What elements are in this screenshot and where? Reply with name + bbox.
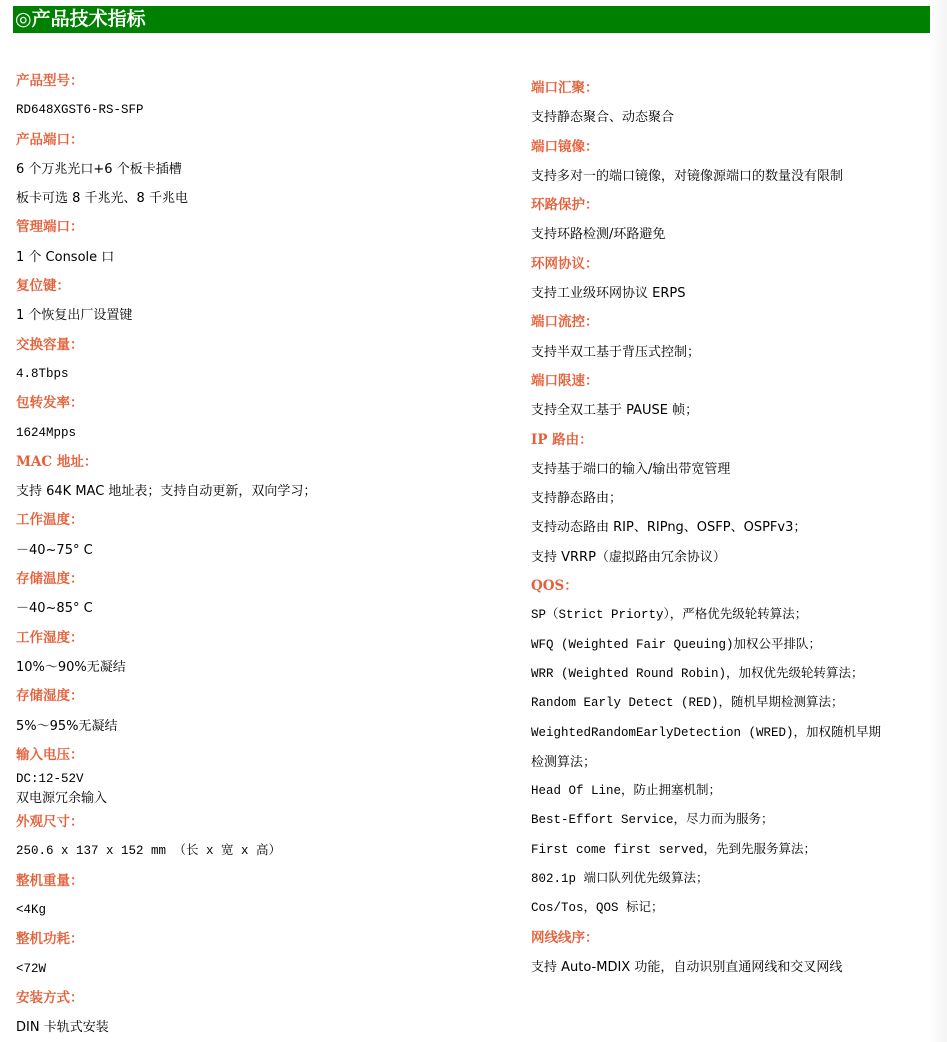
- spec-value-mgmt-port: 1 个 Console 口: [16, 243, 506, 272]
- spec-value-qos-5: WeightedRandomEarlyDetection (WRED)，加权随机…: [531, 719, 931, 748]
- scrollbar-shadow: [929, 0, 947, 1042]
- spec-value-port-mirroring: 支持多对一的端口镜像，对镜像源端口的数量没有限制: [531, 162, 931, 191]
- spec-value-qos-8: Best-Effort Service，尽力而为服务；: [531, 806, 931, 835]
- spec-value-switching-capacity: 4.8Tbps: [16, 360, 506, 389]
- spec-value-ip-routing-1: 支持基于端口的输入/输出带宽管理: [531, 455, 931, 484]
- spec-value-ports-2: 板卡可选 8 千兆光、8 千兆电: [16, 184, 506, 213]
- spec-value-link-aggregation: 支持静态聚合、动态聚合: [531, 103, 931, 132]
- spec-label-forwarding-rate: 包转发率：: [16, 389, 506, 418]
- spec-label-power: 整机功耗：: [16, 925, 506, 954]
- spec-label-ring-protocol: 环网协议：: [531, 250, 931, 279]
- spec-value-ip-routing-4: 支持 VRRP（虚拟路由冗余协议）: [531, 543, 931, 572]
- spec-label-qos: QOS：: [531, 572, 931, 601]
- spec-value-dimensions: 250.6 x 137 x 152 mm （长 x 宽 x 高）: [16, 837, 506, 866]
- spec-value-cable-order: 支持 Auto-MDIX 功能，自动识别直通网线和交叉网线: [531, 953, 931, 982]
- spec-label-input-voltage: 输入电压：: [16, 741, 506, 770]
- spec-label-installation: 安装方式：: [16, 984, 506, 1013]
- specs-right-column: 端口汇聚： 支持静态聚合、动态聚合 端口镜像： 支持多对一的端口镜像，对镜像源端…: [531, 74, 931, 982]
- spec-value-qos-11: Cos/Tos，QOS 标记；: [531, 894, 931, 923]
- spec-value-input-voltage-2: 双电源冗余输入: [16, 789, 506, 808]
- spec-label-mgmt-port: 管理端口：: [16, 213, 506, 242]
- spec-label-model: 产品型号：: [16, 67, 506, 96]
- specs-left-column: 产品型号： RD648XGST6-RS-SFP 产品端口： 6 个万兆光口+6 …: [16, 67, 506, 1042]
- spec-label-switching-capacity: 交换容量：: [16, 331, 506, 360]
- spec-label-operating-humidity: 工作湿度：: [16, 624, 506, 653]
- spec-label-weight: 整机重量：: [16, 867, 506, 896]
- spec-value-model: RD648XGST6-RS-SFP: [16, 96, 506, 125]
- spec-label-cable-order: 网线线序：: [531, 924, 931, 953]
- spec-label-ports: 产品端口：: [16, 126, 506, 155]
- spec-value-ip-routing-2: 支持静态路由；: [531, 484, 931, 513]
- spec-value-flow-control: 支持半双工基于背压式控制；: [531, 338, 931, 367]
- spec-label-operating-temp: 工作温度：: [16, 506, 506, 535]
- spec-value-rate-limit: 支持全双工基于 PAUSE 帧；: [531, 396, 931, 425]
- section-title: ◎产品技术指标: [13, 6, 930, 33]
- spec-value-power: <72W: [16, 955, 506, 984]
- spec-value-ports: 6 个万兆光口+6 个板卡插槽: [16, 155, 506, 184]
- spec-value-installation: DIN 卡轨式安装: [16, 1013, 506, 1042]
- spec-value-qos-6: 检测算法；: [531, 748, 931, 777]
- spec-value-ring-protocol: 支持工业级环网协议 ERPS: [531, 279, 931, 308]
- spec-label-storage-humidity: 存储湿度：: [16, 682, 506, 711]
- spec-value-loop-protection: 支持环路检测/环路避免: [531, 220, 931, 249]
- spec-value-qos-7: Head Of Line，防止拥塞机制；: [531, 777, 931, 806]
- spec-label-storage-temp: 存储温度：: [16, 565, 506, 594]
- spec-value-weight: <4Kg: [16, 896, 506, 925]
- spec-value-qos-4: Random Early Detect (RED)，随机早期检测算法；: [531, 689, 931, 718]
- spec-value-qos-1: SP（Strict Priorty），严格优先级轮转算法；: [531, 601, 931, 630]
- spec-value-qos-10: 802.1p 端口队列优先级算法；: [531, 865, 931, 894]
- spec-label-flow-control: 端口流控：: [531, 308, 931, 337]
- spec-value-mac: 支持 64K MAC 地址表；支持自动更新，双向学习；: [16, 477, 506, 506]
- spec-value-operating-humidity: 10%～90%无凝结: [16, 653, 506, 682]
- spec-value-forwarding-rate: 1624Mpps: [16, 419, 506, 448]
- spec-value-storage-temp: －40~85° C: [16, 594, 506, 623]
- spec-label-link-aggregation: 端口汇聚：: [531, 74, 931, 103]
- spec-label-rate-limit: 端口限速：: [531, 367, 931, 396]
- spec-value-qos-2: WFQ (Weighted Fair Queuing)加权公平排队；: [531, 631, 931, 660]
- spec-value-qos-3: WRR (Weighted Round Robin)，加权优先级轮转算法；: [531, 660, 931, 689]
- spec-value-operating-temp: －40~75° C: [16, 536, 506, 565]
- spec-label-mac: MAC 地址：: [16, 448, 506, 477]
- spec-label-dimensions: 外观尺寸：: [16, 808, 506, 837]
- spec-value-ip-routing-3: 支持动态路由 RIP、RIPng、OSFP、OSPFv3；: [531, 513, 931, 542]
- spec-label-ip-routing: IP 路由：: [531, 426, 931, 455]
- spec-label-loop-protection: 环路保护：: [531, 191, 931, 220]
- spec-value-input-voltage: DC:12-52V: [16, 770, 506, 789]
- spec-value-reset: 1 个恢复出厂设置键: [16, 301, 506, 330]
- spec-value-storage-humidity: 5%～95%无凝结: [16, 712, 506, 741]
- spec-value-qos-9: First come first served，先到先服务算法；: [531, 836, 931, 865]
- spec-label-port-mirroring: 端口镜像：: [531, 133, 931, 162]
- spec-label-reset: 复位键：: [16, 272, 506, 301]
